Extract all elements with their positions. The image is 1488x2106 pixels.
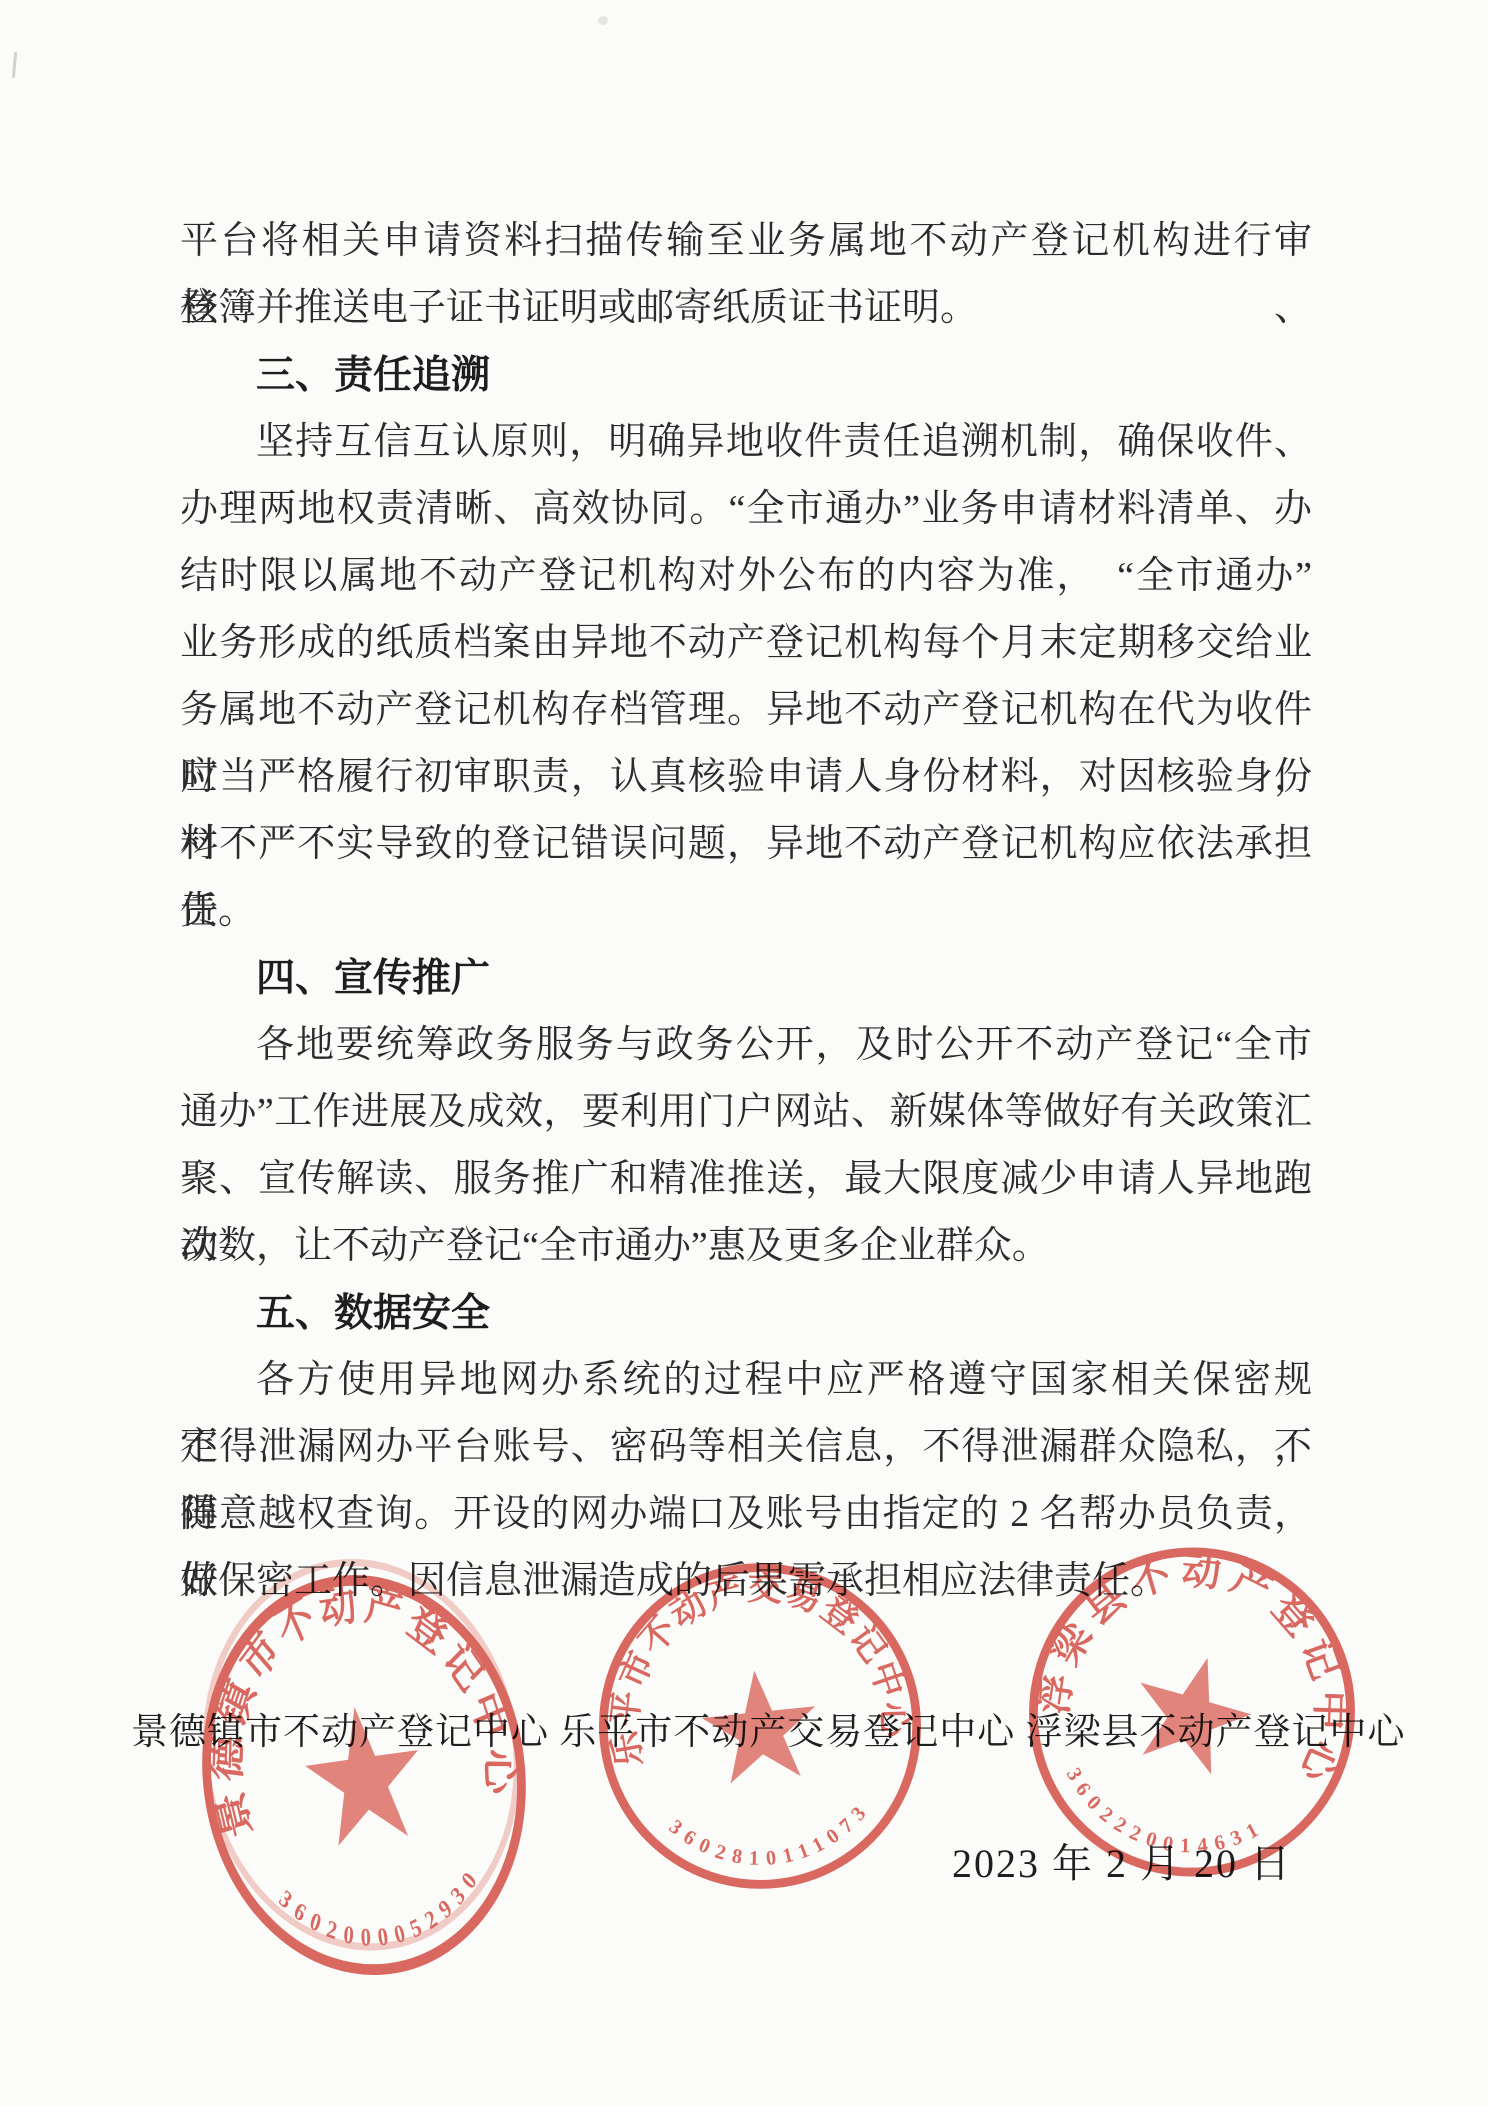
body-line: 各方使用异地网办系统的过程中应严格遵守国家相关保密规定，	[180, 1347, 1312, 1414]
seal-star-icon	[697, 1665, 822, 1786]
body-line: 料不严不实导致的登记错误问题，异地不动产登记机构应依法承担责	[180, 811, 1312, 878]
seal-jingdezhen-registration-center: 景德镇市不动产登记中心 3602000052930	[161, 1536, 566, 2014]
body-line: 各地要统筹政务服务与政务公开，及时公开不动产登记“全市	[180, 1012, 1312, 1079]
seal-star-icon	[1121, 1642, 1262, 1780]
body-line: 任。	[180, 878, 1312, 945]
scan-artifact	[12, 52, 17, 78]
section-heading: 四、宣传推广	[180, 945, 1312, 1012]
seal-star-icon	[298, 1699, 430, 1849]
body-line: 不得泄漏网办平台账号、密码等相关信息，不得泄漏群众隐私，不得	[180, 1414, 1312, 1481]
body-line: 坚持互信互认原则，明确异地收件责任追溯机制，确保收件、	[180, 409, 1312, 476]
body-line: 业务形成的纸质档案由异地不动产登记机构每个月末定期移交给业	[180, 610, 1312, 677]
body-line: 聚、宣传解读、服务推广和精准推送，最大限度减少申请人异地跑动	[180, 1146, 1312, 1213]
body-line: 结时限以属地不动产登记机构对外公布的内容为准， “全市通办”	[180, 543, 1312, 610]
document-body: 平台将相关申请资料扫描传输至业务属地不动产登记机构进行审核、 登簿并推送电子证书…	[180, 208, 1312, 1615]
body-line: 务属地不动产登记机构存档管理。异地不动产登记机构在代为收件时，	[180, 677, 1312, 744]
document-page: 平台将相关申请资料扫描传输至业务属地不动产登记机构进行审核、 登簿并推送电子证书…	[0, 0, 1488, 2106]
scan-artifact	[598, 16, 608, 25]
body-line: 办理两地权责清晰、高效协同。“全市通办”业务申请材料清单、办	[180, 476, 1312, 543]
seal-leping-transaction-center: 乐平市不动产交易登记中心 3602810111073	[569, 1533, 952, 1919]
section-heading: 五、数据安全	[180, 1280, 1312, 1347]
body-line: 次数，让不动产登记“全市通办”惠及更多企业群众。	[180, 1213, 1312, 1280]
body-line: 通办”工作进展及成效，要利用门户网站、新媒体等做好有关政策汇	[180, 1079, 1312, 1146]
body-line: 平台将相关申请资料扫描传输至业务属地不动产登记机构进行审核、	[180, 208, 1312, 275]
body-line: 应当严格履行初审职责，认真核验申请人身份材料，对因核验身份材	[180, 744, 1312, 811]
section-heading: 三、责任追溯	[180, 342, 1312, 409]
